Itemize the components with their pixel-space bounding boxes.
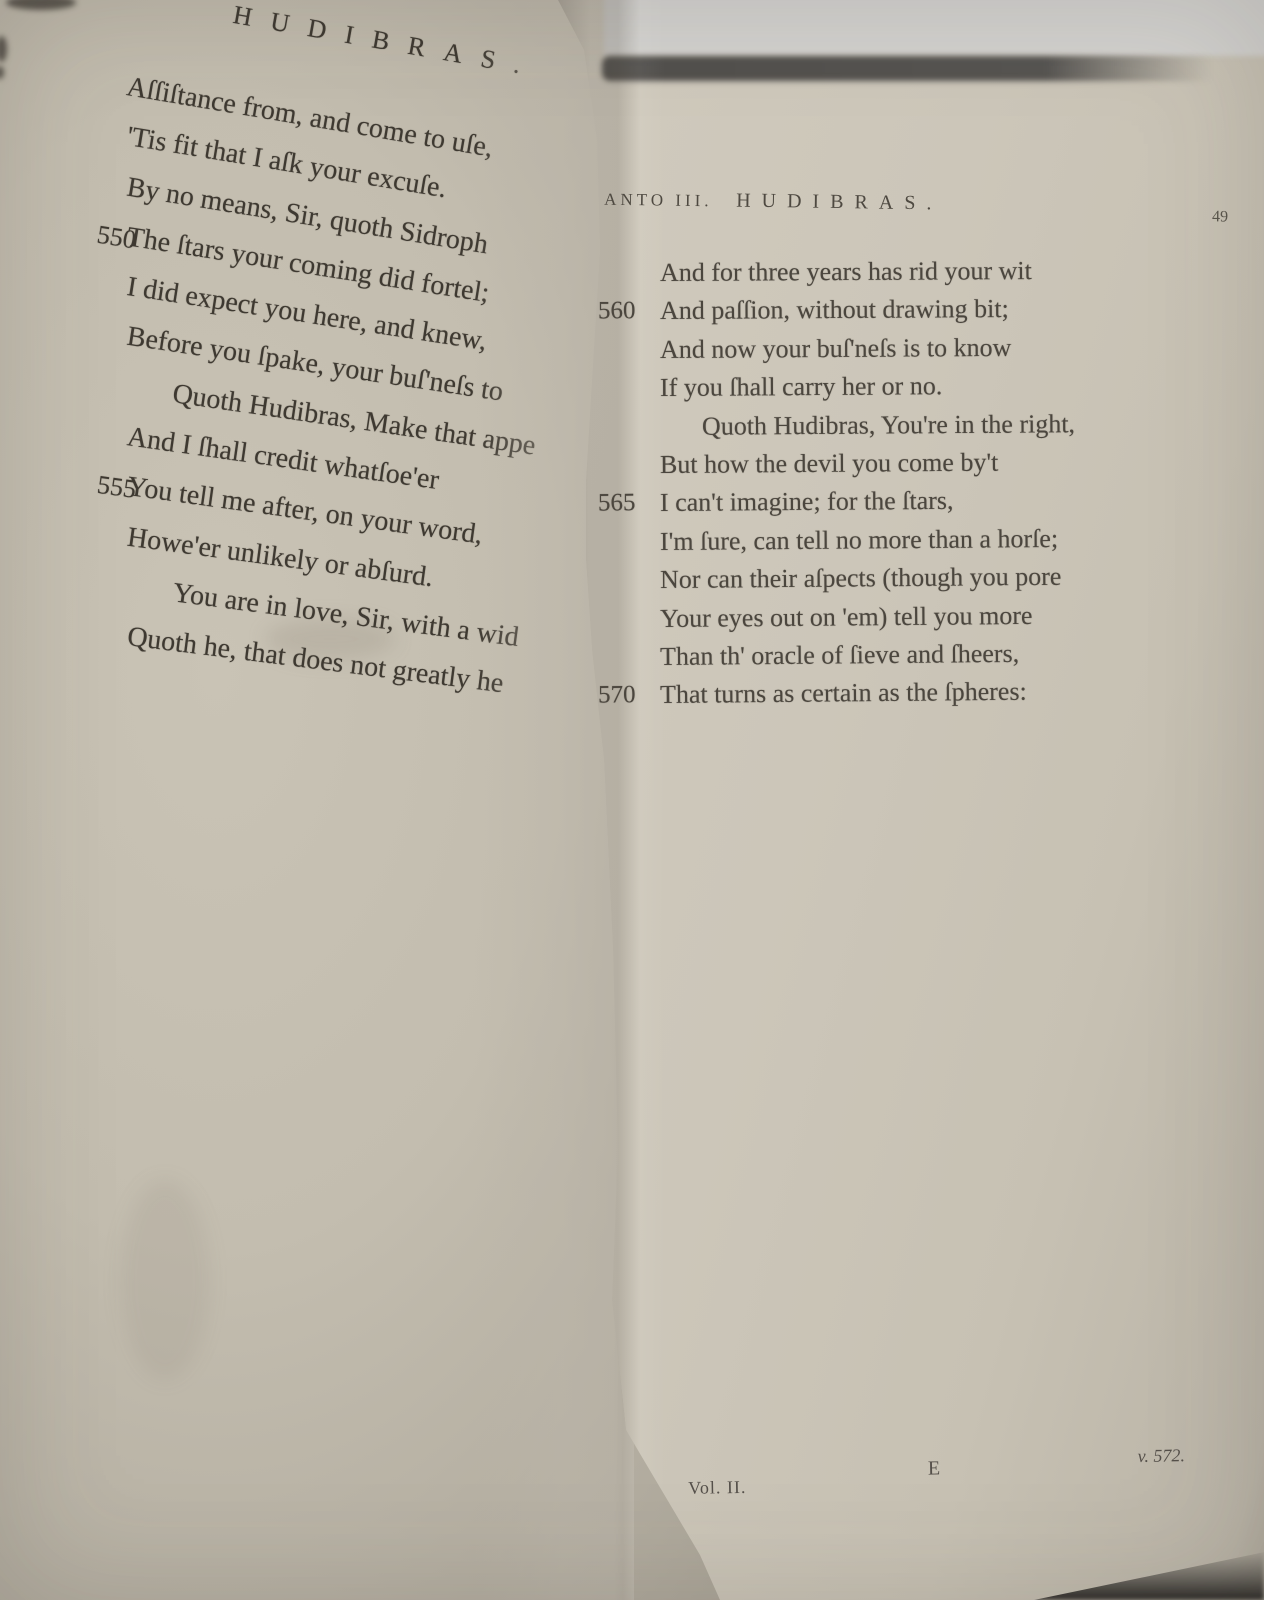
verse-text: Than th' oracle of ſieve and ſheers, <box>660 639 1019 671</box>
verse-number: 555 <box>94 460 139 515</box>
verse-line: 565 I can't imagine; for the ſtars, <box>660 481 1075 522</box>
footnote-line <box>620 1266 634 1290</box>
footnote-line <box>29 1396 54 1426</box>
verse-line: Your eyes out on 'em) tell you more <box>660 596 1075 638</box>
page-right: ANTO III. HUDIBRAS. 49 And for three yea… <box>556 0 1264 1600</box>
footnote-line <box>30 1058 53 1087</box>
footnote-line <box>30 832 53 861</box>
book-photo: ANTO III. HUDIBRAS. 49 And for three yea… <box>0 0 1264 1600</box>
footnote-line <box>30 973 52 1001</box>
footnote-line <box>29 1143 52 1172</box>
footnote-line <box>29 1255 53 1285</box>
verse-number: 565 <box>598 485 636 524</box>
footnote-line <box>620 1289 634 1313</box>
footnote-line <box>620 1172 634 1196</box>
footnote-line <box>28 1453 53 1484</box>
verse-line: Than th' oracle of ſieve and ſheers, <box>660 634 1075 676</box>
catchword: v. 572. <box>1138 1445 1186 1467</box>
footnote-line <box>29 1312 53 1342</box>
verse-line: I'm ſure, can tell no more than a horſe; <box>660 520 1075 562</box>
footnote-line <box>620 987 634 1011</box>
page-edge-shadow-bar <box>602 56 1218 81</box>
verse-line: And for three years has rid your wit <box>660 252 1075 293</box>
verse-line: Quoth Hudibras, You're in the right, <box>660 405 1075 446</box>
footnote-line <box>29 1368 54 1398</box>
ink-smudge <box>0 36 7 62</box>
page-edge-above <box>604 0 1264 56</box>
footnote-line <box>620 1196 634 1220</box>
footnote-line <box>29 1199 53 1229</box>
footnote-line <box>29 718 52 747</box>
ink-smudge <box>0 66 4 79</box>
verse-text: Nor can their aſpects (though you pore <box>660 562 1062 594</box>
footnote-line <box>620 963 634 987</box>
footnote-line <box>620 1371 634 1395</box>
footnote-line <box>28 1481 53 1512</box>
footnote-line <box>620 742 634 765</box>
footnote-line <box>29 1284 53 1314</box>
verse-text: If you ſhall carry her or no. <box>660 371 942 402</box>
footnote-line <box>29 690 53 720</box>
footnote-block-right <box>620 742 634 1464</box>
footnote-line <box>620 1045 634 1069</box>
corner-shadow <box>1034 1548 1264 1600</box>
verse-text: And for three years has rid your wit <box>660 256 1032 287</box>
verse-number: 570 <box>598 677 636 716</box>
footnote-line <box>620 917 634 941</box>
verse-text: That turns as certain as the ſpheres: <box>660 677 1027 709</box>
verse-line: Nor can their aſpects (though you pore <box>660 558 1075 600</box>
footnote-line <box>29 775 52 804</box>
footnote-line <box>30 1002 52 1031</box>
footnote-line <box>620 1149 634 1173</box>
footnote-line <box>30 945 52 973</box>
footnote-line <box>29 1171 52 1200</box>
running-title-right: HUDIBRAS. <box>736 190 943 216</box>
page-header: ANTO III. HUDIBRAS. 49 <box>556 187 1264 243</box>
footnote-line <box>620 846 634 870</box>
footnote-line <box>30 888 52 917</box>
footnote-line <box>29 1227 53 1257</box>
ink-smudge <box>6 0 76 10</box>
verse-block-left: Aſſiſtance from, and come to uſe, 'Tis f… <box>56 50 540 654</box>
verse-text: But how the devil you come by't <box>660 448 999 479</box>
verse-text: Your eyes out on 'em) tell you more <box>660 600 1033 632</box>
footnote-line <box>620 893 634 917</box>
footnote-line <box>620 870 634 894</box>
footnote-line <box>620 1102 634 1126</box>
footnote-line <box>30 1086 53 1115</box>
footnote-line <box>28 1425 53 1456</box>
footnote-line <box>29 1114 52 1143</box>
footnote-line <box>620 1126 634 1150</box>
volume-label: Vol. II. <box>688 1477 747 1499</box>
footnote-line <box>30 860 53 889</box>
footnote-line <box>620 940 634 964</box>
footnote-line <box>620 1219 634 1243</box>
page-number: 49 <box>1212 208 1228 226</box>
verse-text: Quoth Hudibras, You're in the right, <box>702 405 1075 446</box>
footnote-line <box>620 1021 634 1045</box>
verse-line: But how the devil you come by't <box>660 443 1075 484</box>
footnote-block-left <box>30 690 52 1569</box>
footnote-line <box>28 1537 54 1568</box>
footnote-line <box>620 765 634 789</box>
footnote-line <box>29 747 52 776</box>
footnote-line <box>30 1030 53 1059</box>
signature-mark: E <box>928 1457 941 1480</box>
page-stain <box>120 1180 210 1380</box>
footnote-line <box>620 789 634 813</box>
footnote-line <box>30 917 52 946</box>
verse-line: If you ſhall carry her or no. <box>660 367 1075 408</box>
verse-line: 570 That turns as certain as the ſpheres… <box>660 673 1075 715</box>
footnote-line <box>29 1340 53 1370</box>
footnote-line <box>28 1509 53 1540</box>
verse-line: 560 And paſſion, without drawing bit; <box>660 290 1075 331</box>
footnote-line <box>620 1079 634 1103</box>
verse-number: 560 <box>598 293 636 332</box>
footnote-line <box>30 803 53 832</box>
footnote-line <box>620 1243 634 1267</box>
footnote-line <box>620 1336 634 1360</box>
verse-text: I can't imagine; for the ſtars, <box>660 486 954 517</box>
footnote-line <box>620 1313 634 1337</box>
verse-text: And now your buſ'neſs is to know <box>660 333 1012 364</box>
verse-text: I'm ſure, can tell no more than a horſe; <box>660 524 1058 556</box>
footnote-line <box>620 823 634 847</box>
verse-block-right: And for three years has rid your wit 560… <box>660 254 1075 715</box>
verse-line: And now your buſ'neſs is to know <box>660 328 1075 369</box>
verse-text: And paſſion, without drawing bit; <box>660 294 1009 325</box>
canto-label: ANTO III. <box>604 190 713 212</box>
